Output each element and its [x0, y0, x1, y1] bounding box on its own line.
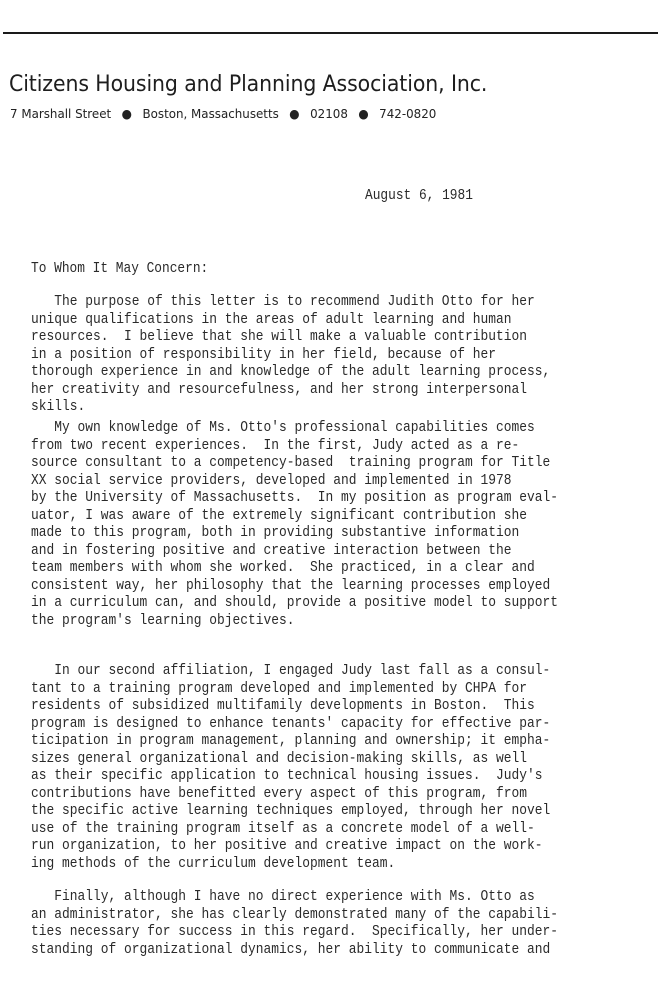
text-line: in a curriculum can, and should, provide…	[31, 595, 558, 613]
text-line: In our second affiliation, I engaged Jud…	[31, 663, 550, 681]
text-line: Finally, although I have no direct exper…	[31, 889, 558, 907]
text-line: contributions have benefitted every aspe…	[31, 786, 550, 804]
text-line: use of the training program itself as a …	[31, 821, 550, 839]
text-line: unique qualifications in the areas of ad…	[31, 312, 550, 330]
text-line: in a position of responsibility in her f…	[31, 347, 550, 365]
text-line: ing methods of the curriculum developmen…	[31, 856, 550, 874]
bullet-separator: ●	[358, 106, 368, 121]
text-line: an administrator, she has clearly demons…	[31, 907, 558, 925]
bullet-separator: ●	[289, 106, 299, 121]
text-line: the program's learning objectives.	[31, 613, 558, 631]
text-line: by the University of Massachusetts. In m…	[31, 490, 558, 508]
text-line: as their specific application to technic…	[31, 768, 550, 786]
text-line: made to this program, both in providing …	[31, 525, 558, 543]
paragraph-2: My own knowledge of Ms. Otto's professio…	[31, 420, 558, 630]
text-line: and in fostering positive and creative i…	[31, 543, 558, 561]
text-line: from two recent experiences. In the firs…	[31, 438, 558, 456]
text-line: consistent way, her philosophy that the …	[31, 578, 558, 596]
text-line: ticipation in program management, planni…	[31, 733, 550, 751]
text-line: the specific active learning techniques …	[31, 803, 550, 821]
text-line: residents of subsidized multifamily deve…	[31, 698, 550, 716]
text-line: skills.	[31, 399, 550, 417]
phone-number: 742-0820	[379, 106, 436, 121]
text-line: source consultant to a competency-based …	[31, 455, 558, 473]
salutation: To Whom It May Concern:	[31, 261, 208, 277]
text-line: program is designed to enhance tenants' …	[31, 716, 550, 734]
text-line: XX social service providers, developed a…	[31, 473, 558, 491]
text-line: uator, I was aware of the extremely sign…	[31, 508, 558, 526]
street: 7 Marshall Street	[10, 106, 111, 121]
text-line: run organization, to her positive and cr…	[31, 838, 550, 856]
paragraph-4: Finally, although I have no direct exper…	[31, 889, 558, 959]
organization-name: Citizens Housing and Planning Associatio…	[9, 72, 487, 97]
text-line: The purpose of this letter is to recomme…	[31, 294, 550, 312]
zip-code: 02108	[310, 106, 348, 121]
letter-date: August 6, 1981	[365, 188, 473, 204]
text-line: her creativity and resourcefulness, and …	[31, 382, 550, 400]
text-line: thorough experience in and knowledge of …	[31, 364, 550, 382]
text-line: resources. I believe that she will make …	[31, 329, 550, 347]
top-rule	[3, 32, 658, 34]
text-line: tant to a training program developed and…	[31, 681, 550, 699]
text-line: team members with whom she worked. She p…	[31, 560, 558, 578]
text-line: My own knowledge of Ms. Otto's professio…	[31, 420, 558, 438]
text-line: sizes general organizational and decisio…	[31, 751, 550, 769]
text-line: standing of organizational dynamics, her…	[31, 942, 558, 960]
text-line: ties necessary for success in this regar…	[31, 924, 558, 942]
city: Boston, Massachusetts	[142, 106, 278, 121]
paragraph-1: The purpose of this letter is to recomme…	[31, 294, 550, 417]
paragraph-3: In our second affiliation, I engaged Jud…	[31, 663, 550, 873]
organization-address: 7 Marshall Street●Boston, Massachusetts●…	[10, 106, 436, 121]
bullet-separator: ●	[122, 106, 132, 121]
